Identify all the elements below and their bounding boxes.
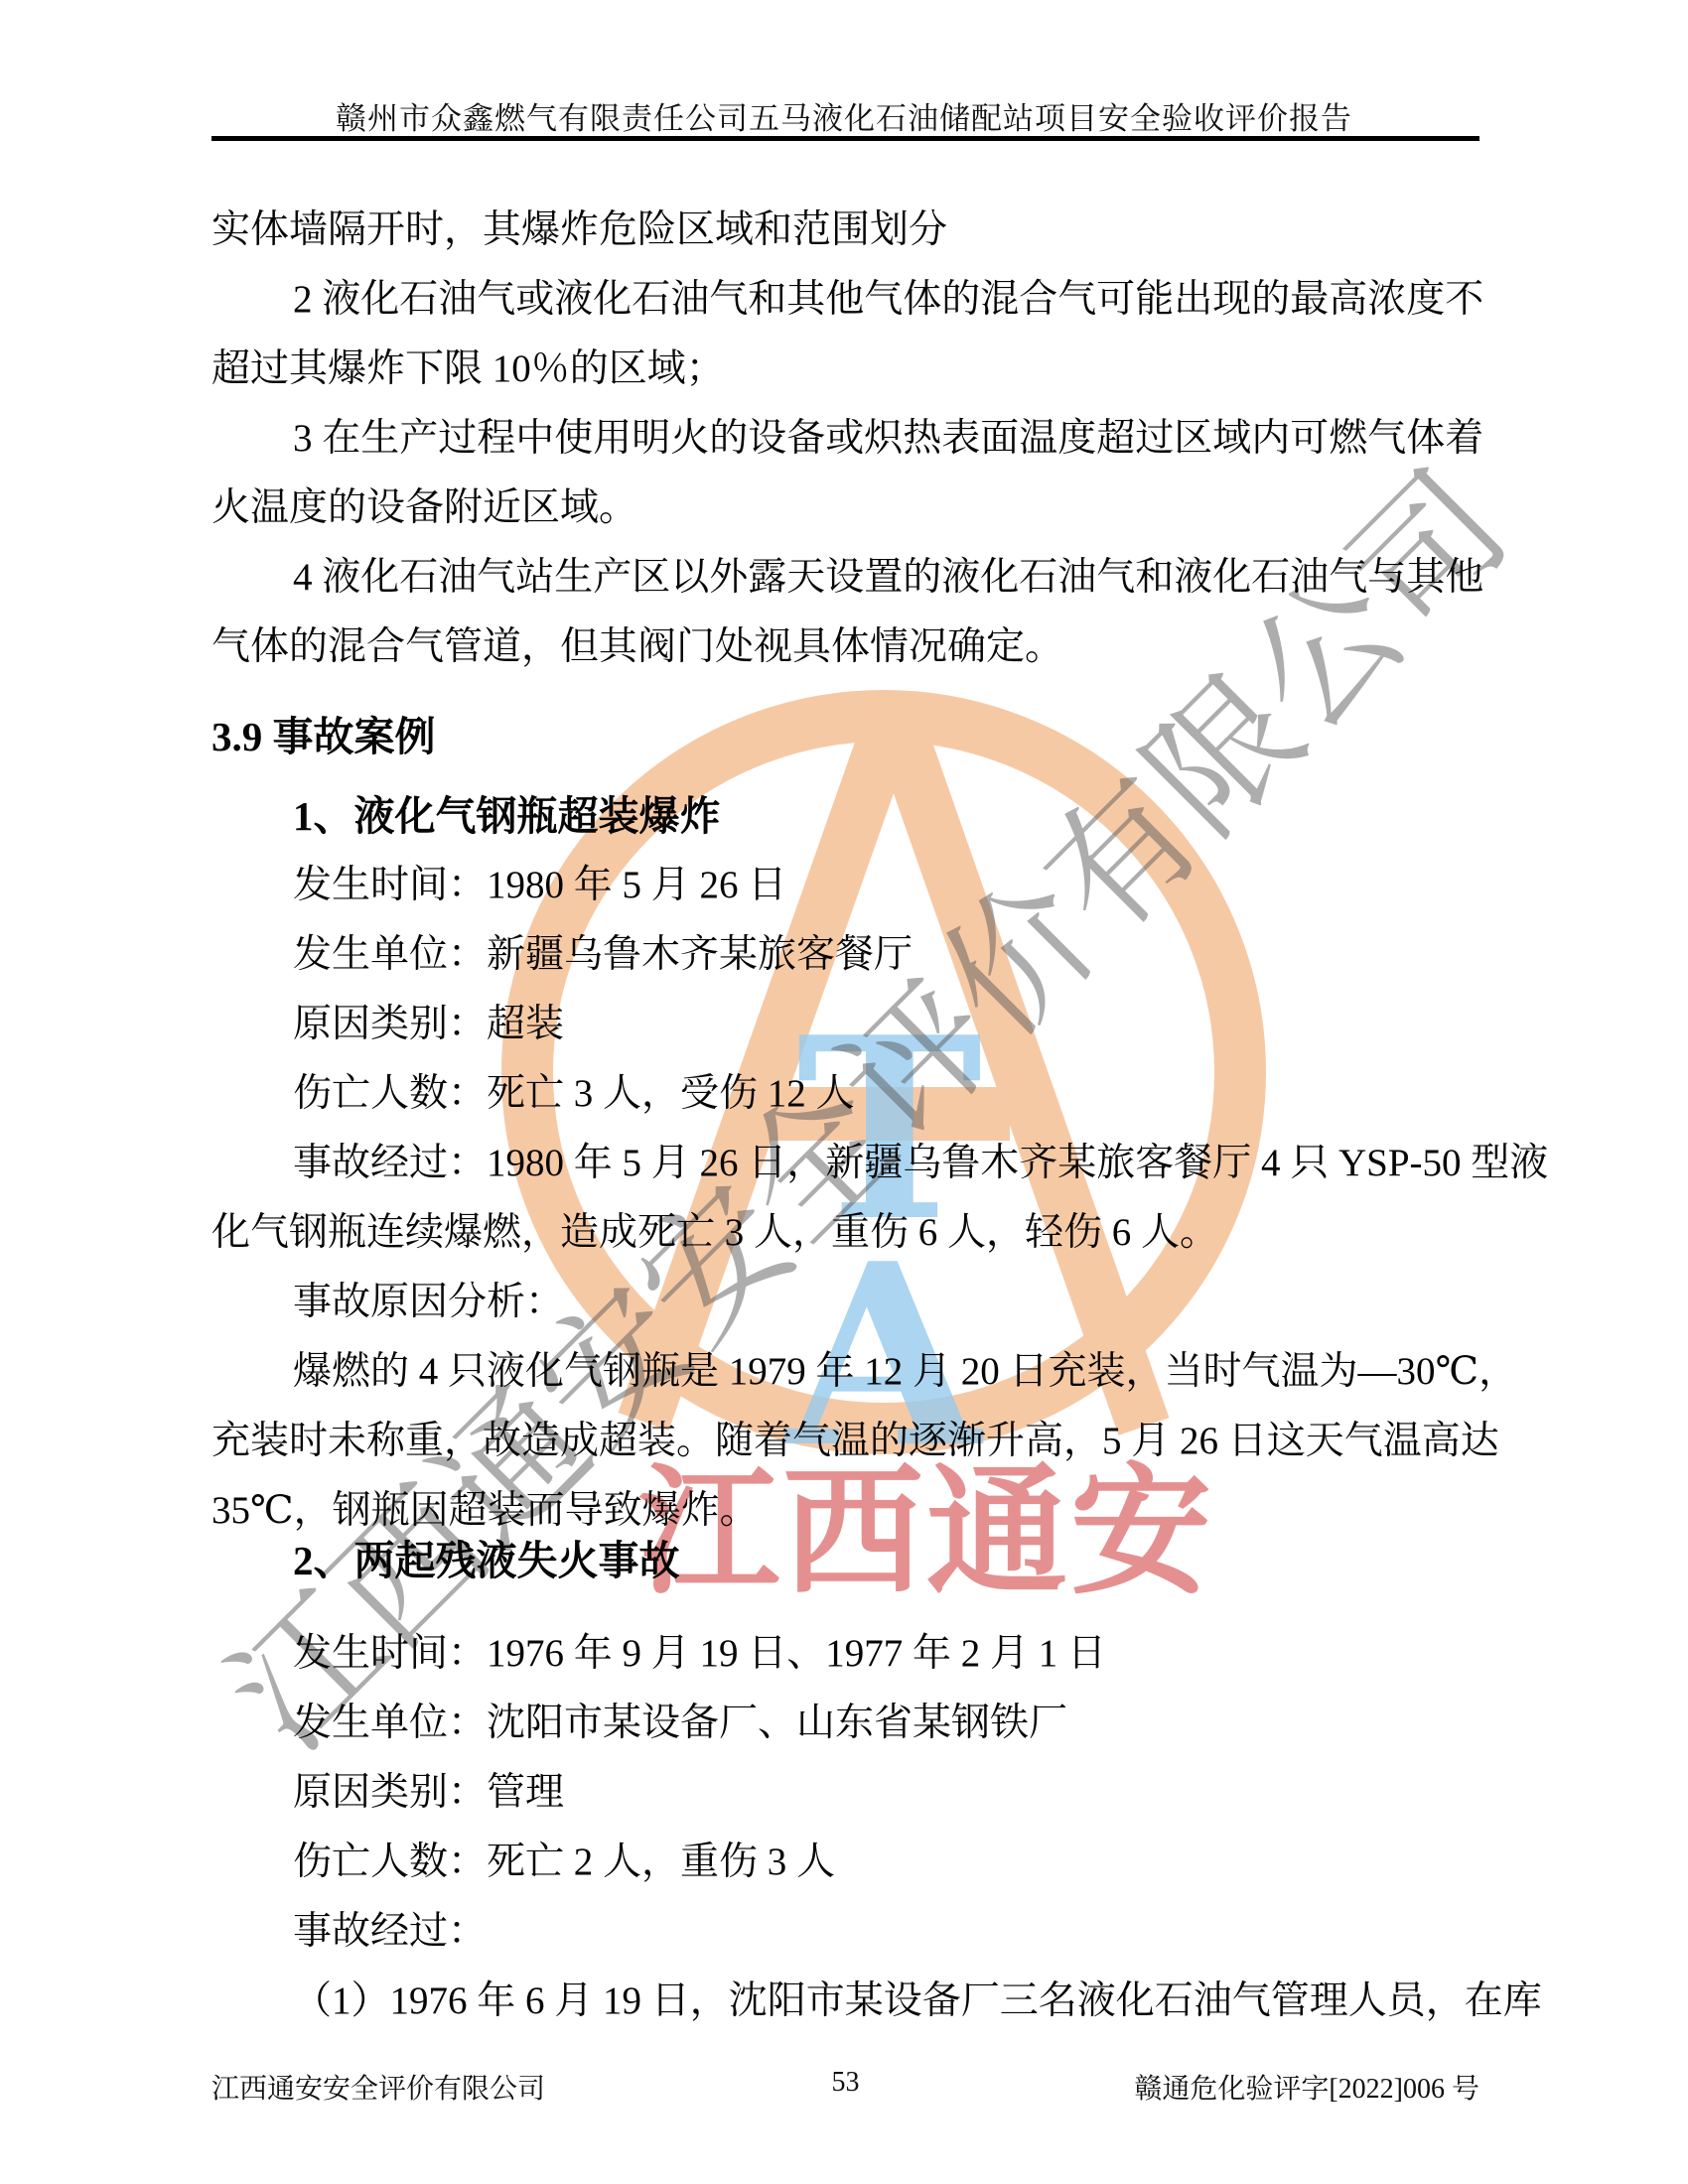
text-line: 发生单位：新疆乌鲁木齐某旅客餐厅	[211, 920, 1482, 990]
text-line: 超过其爆炸下限 10％的区域；	[211, 335, 1482, 404]
text-line: 2 液化石油气或液化石油气和其他气体的混合气可能出现的最高浓度不	[211, 265, 1482, 335]
text-line: 4 液化石油气站生产区以外露天设置的液化石油气和液化石油气与其他	[211, 543, 1482, 613]
document-content: 实体墙隔开时，其爆炸危险区域和范围划分2 液化石油气或液化石油气和其他气体的混合…	[211, 196, 1482, 2036]
text-line: 事故原因分析：	[211, 1268, 1482, 1337]
page-footer: 53 江西通安安全评价有限公司 赣通危化验评字[2022]006 号	[211, 2067, 1479, 2103]
page-header-title: 赣州市众鑫燃气有限责任公司五马液化石油储配站项目安全验收评价报告	[0, 93, 1688, 138]
text-line: 发生单位：沈阳市某设备厂、山东省某钢铁厂	[211, 1689, 1482, 1758]
footer-company-name: 江西通安安全评价有限公司	[211, 2067, 545, 2107]
text-line: 原因类别：管理	[211, 1758, 1482, 1828]
heading-line: 2、两起残液失火事故	[211, 1526, 1482, 1595]
text-line: （1）1976 年 6 月 19 日，沈阳市某设备厂三名液化石油气管理人员，在库	[211, 1967, 1482, 2036]
footer-doc-number: 赣通危化验评字[2022]006 号	[1134, 2067, 1479, 2107]
text-line: 火温度的设备附近区域。	[211, 474, 1482, 543]
text-line: 3 在生产过程中使用明火的设备或炽热表面温度超过区域内可燃气体着	[211, 404, 1482, 474]
heading-line: 3.9 事故案例	[211, 702, 1482, 771]
text-line: 原因类别：超装	[211, 990, 1482, 1059]
text-line: 气体的混合气管道，但其阀门处视具体情况确定。	[211, 613, 1482, 682]
heading-line: 1、液化气钢瓶超装爆炸	[211, 781, 1482, 851]
text-line: 事故经过：1980 年 5 月 26 日，新疆乌鲁木齐某旅客餐厅 4 只 YSP…	[211, 1129, 1482, 1198]
text-line: 伤亡人数：死亡 2 人，重伤 3 人	[211, 1828, 1482, 1897]
text-line: 事故经过：	[211, 1897, 1482, 1967]
text-line: 发生时间：1976 年 9 月 19 日、1977 年 2 月 1 日	[211, 1619, 1482, 1689]
text-line: 爆燃的 4 只液化气钢瓶是 1979 年 12 月 20 日充装，当时气温为—3…	[211, 1337, 1482, 1407]
header-rule	[211, 136, 1479, 141]
text-line: 实体墙隔开时，其爆炸危险区域和范围划分	[211, 196, 1482, 265]
text-line: 化气钢瓶连续爆燃，造成死亡 3 人，重伤 6 人，轻伤 6 人。	[211, 1198, 1482, 1268]
text-line: 发生时间：1980 年 5 月 26 日	[211, 851, 1482, 920]
text-line: 充装时未称重，故造成超装。随着气温的逐渐升高，5 月 26 日这天气温高达	[211, 1407, 1482, 1476]
text-line: 伤亡人数：死亡 3 人，受伤 12 人	[211, 1059, 1482, 1129]
document-page: T A 江西通安安全评价有限公司 江西通安 赣州市众鑫燃气有限责任公司五马液化石…	[0, 0, 1688, 2184]
